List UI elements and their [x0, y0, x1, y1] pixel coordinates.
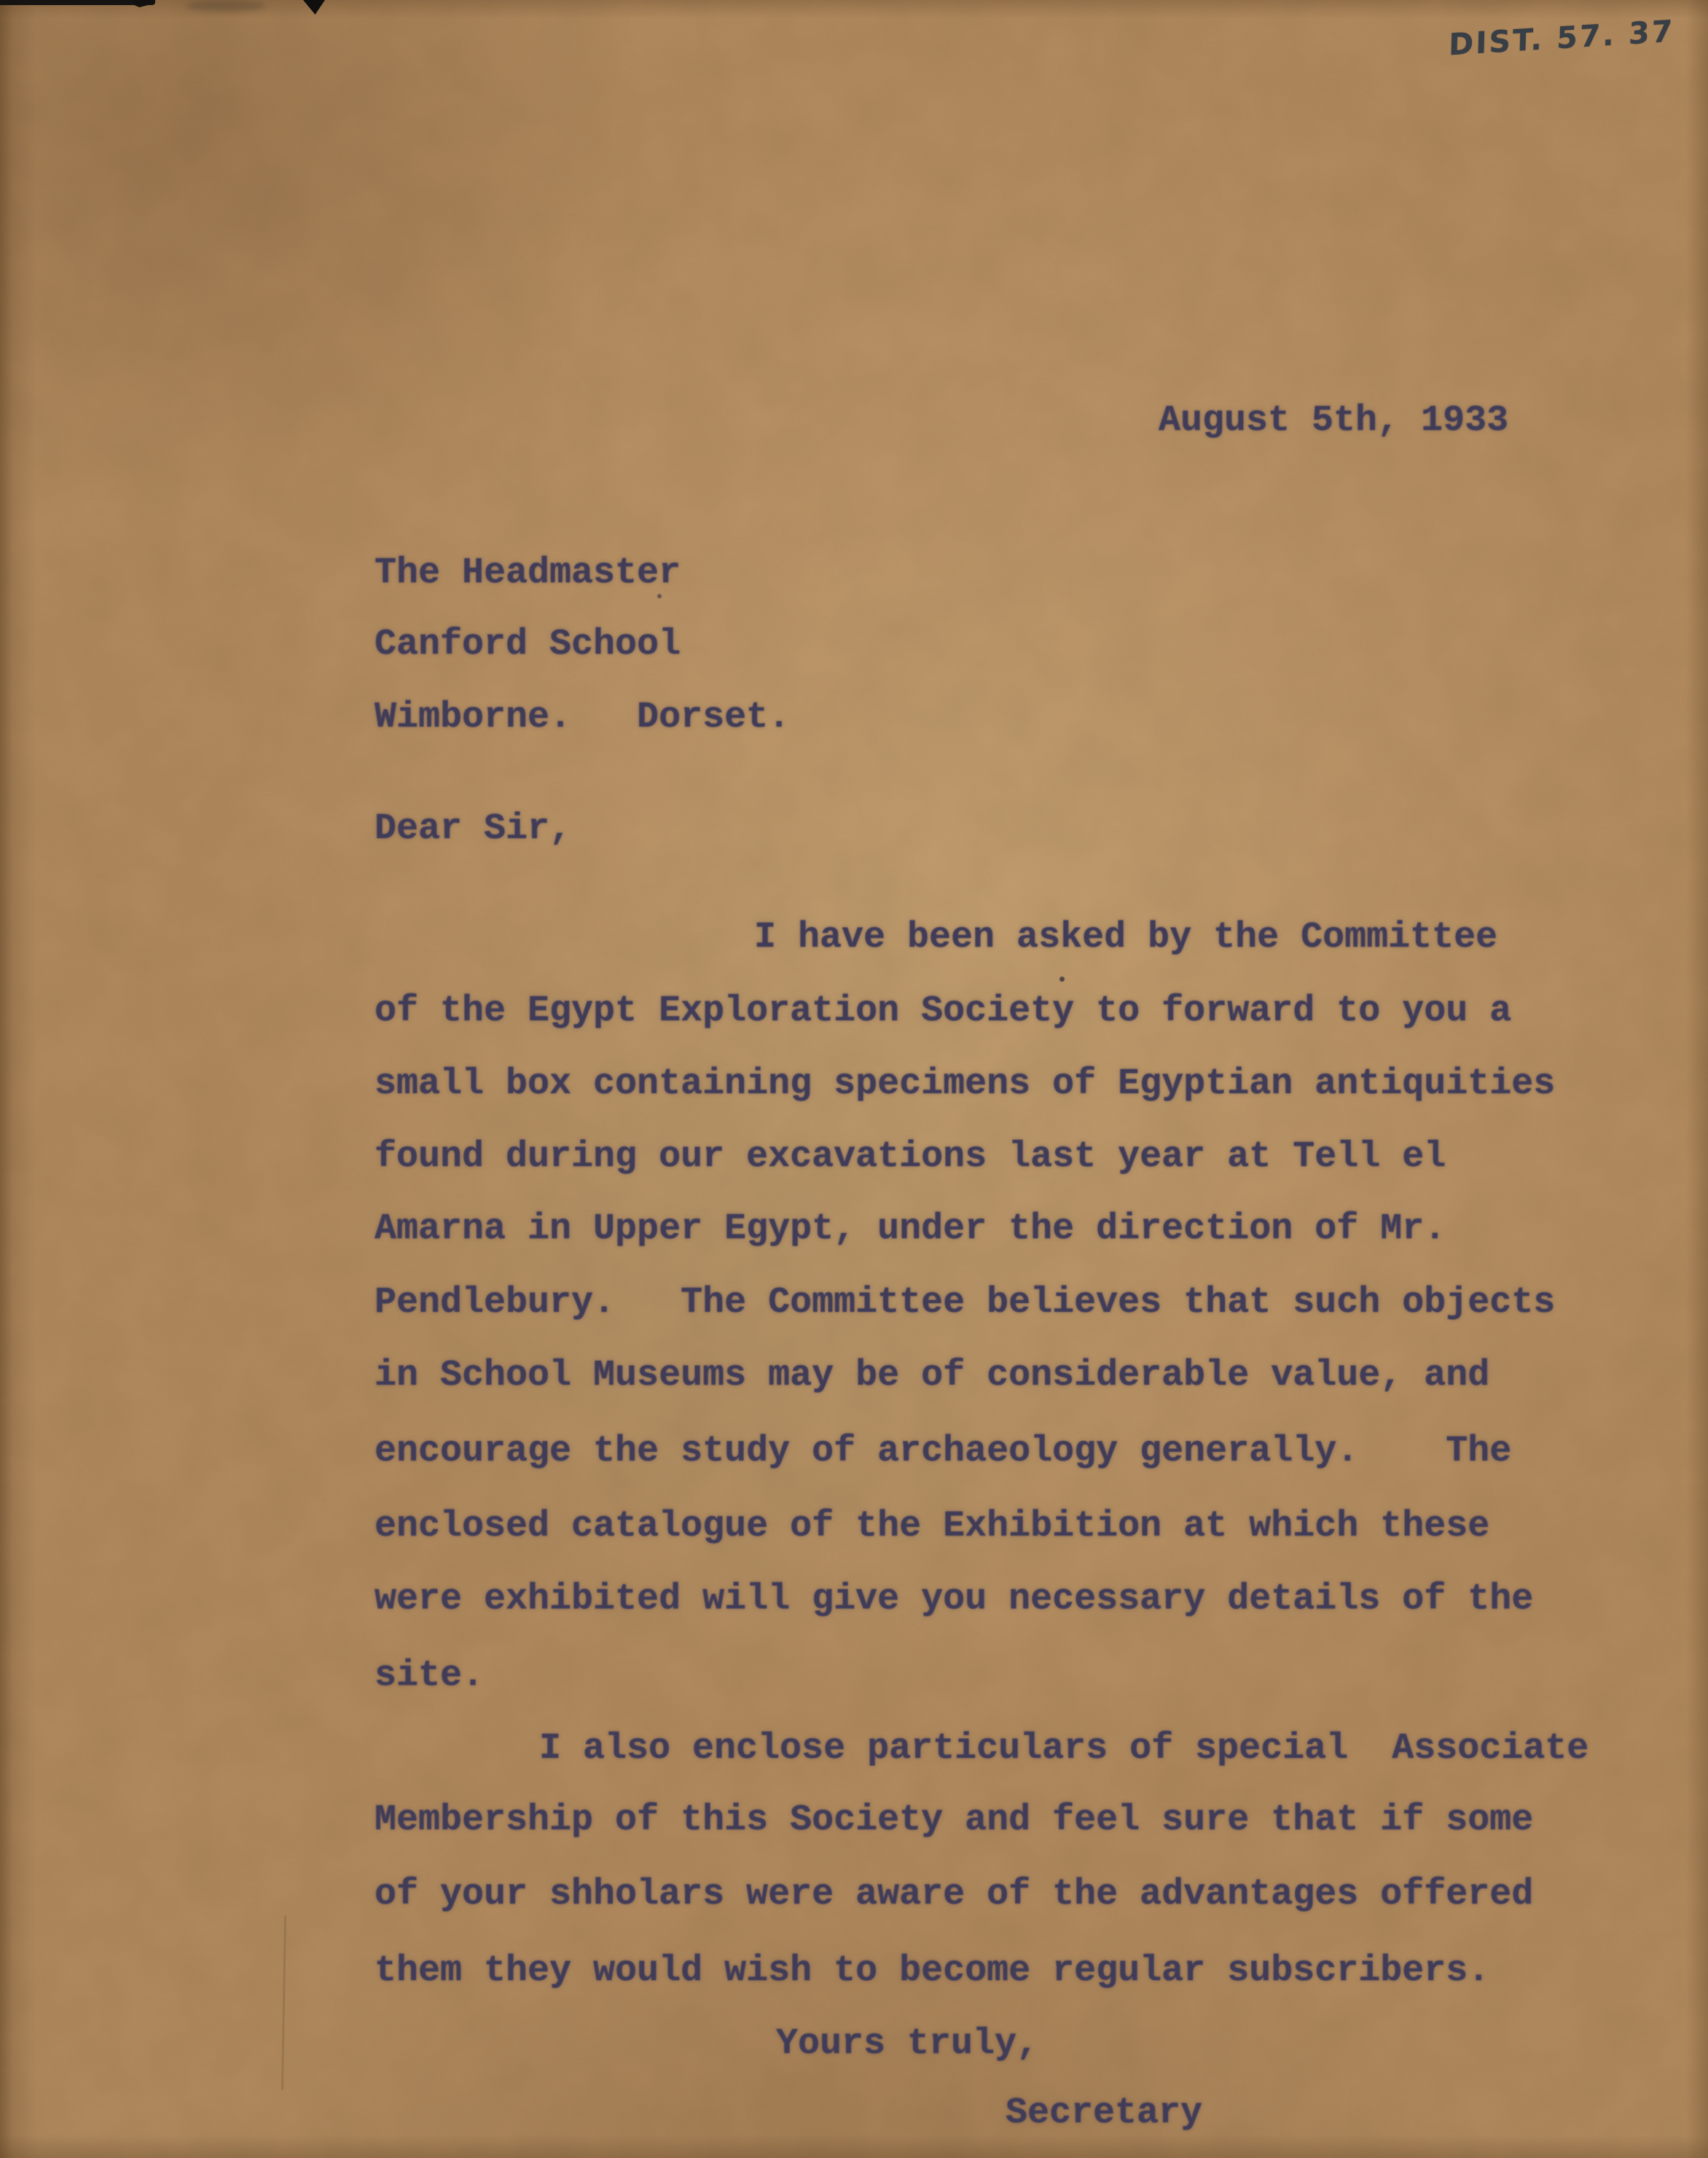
body-line: Amarna in Upper Egypt, under the directi… — [375, 1211, 1446, 1248]
scan-edge-mark — [0, 0, 155, 5]
body-line: encourage the study of archaeology gener… — [375, 1434, 1511, 1470]
torn-corner-mark — [303, 0, 325, 15]
ink-speck — [1059, 977, 1065, 982]
paper-crease — [281, 1915, 286, 2090]
body-line: them they would wish to become regular s… — [375, 1953, 1489, 1990]
ink-speck — [657, 594, 662, 598]
body-line: site. — [375, 1658, 484, 1694]
closing-line: Yours truly, — [776, 2026, 1038, 2063]
recipient-line: The Headmaster — [375, 555, 681, 592]
body-line: I also enclose particulars of special As… — [539, 1731, 1588, 1767]
body-line: in School Museums may be of considerable… — [375, 1358, 1489, 1394]
body-line: Membership of this Society and feel sure… — [375, 1802, 1533, 1839]
body-line: Pendlebury. The Committee believes that … — [375, 1285, 1555, 1321]
recipient-line: Wimborne. Dorset. — [375, 700, 790, 736]
body-line: of the Egypt Exploration Society to forw… — [375, 993, 1511, 1030]
scan-edge-mark-end — [133, 0, 155, 7]
body-line: found during our excavations last year a… — [375, 1139, 1446, 1176]
signature-line: Secretary — [1006, 2095, 1202, 2132]
body-line: enclosed catalogue of the Exhibition at … — [375, 1509, 1489, 1545]
body-line: were exhibited will give you necessary d… — [375, 1582, 1533, 1618]
body-line: of your shholars were aware of the advan… — [375, 1877, 1533, 1913]
scan-smudge — [186, 0, 266, 12]
body-line: small box containing specimens of Egypti… — [375, 1066, 1555, 1103]
date-line: August 5th, 1933 — [1159, 403, 1508, 439]
letter-page: DIST. 57. 37 August 5th, 1933 The Headma… — [0, 0, 1708, 2158]
body-line: I have been asked by the Committee — [754, 920, 1497, 956]
recipient-line: Canford School — [375, 627, 681, 663]
archival-annotation: DIST. 57. 37 — [1449, 13, 1675, 62]
salutation: Dear Sir, — [375, 811, 571, 848]
